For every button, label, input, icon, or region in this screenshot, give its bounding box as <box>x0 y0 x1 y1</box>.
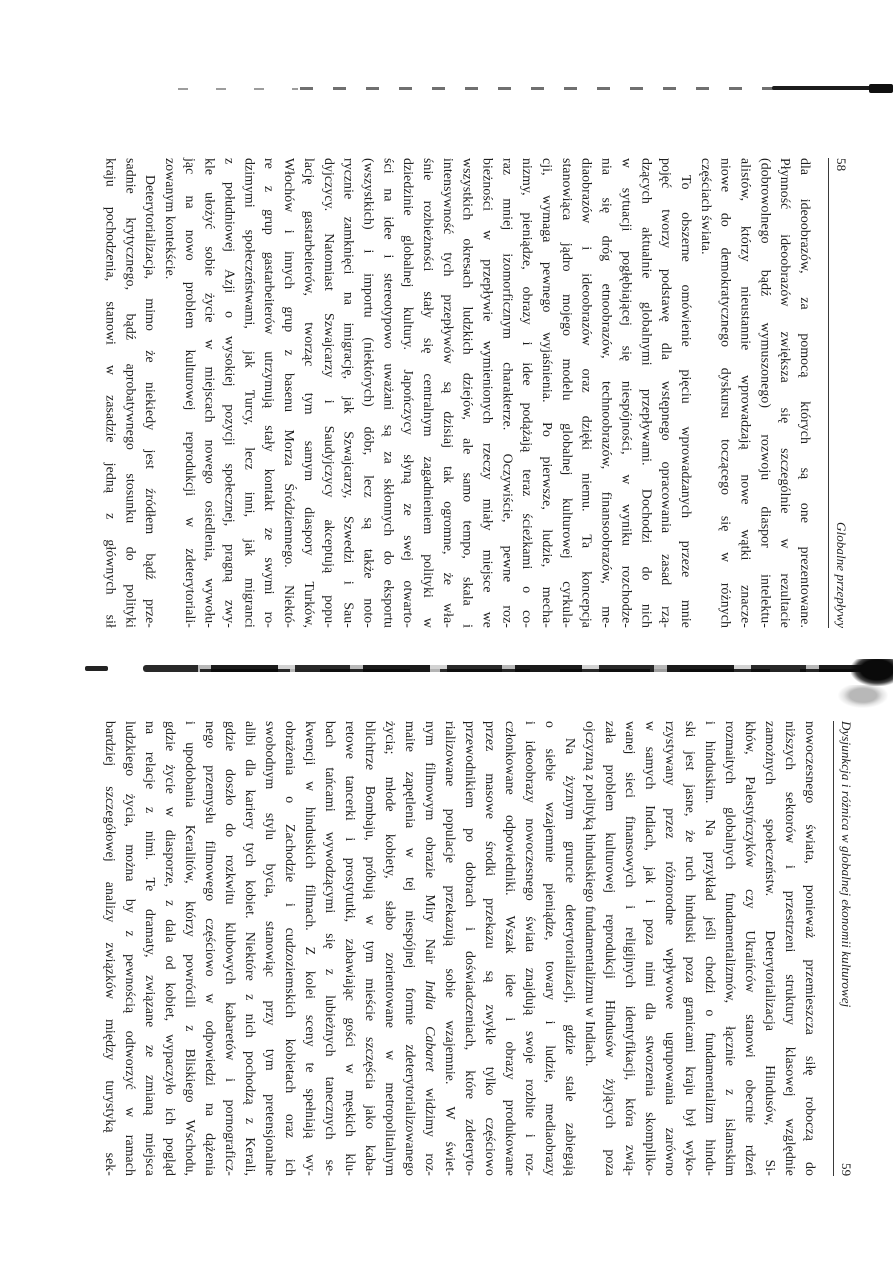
page-number-59: 59 <box>839 1163 853 1176</box>
text-line: rycznie zamknięci na imigrację, jak Szwa… <box>339 158 359 628</box>
text-line: i hinduskim. Na przykład jeśli chodzi o … <box>700 721 720 1176</box>
text-line: pojęć tworzy podstawę dla wstępnego opra… <box>656 158 676 628</box>
text-line: lację gastarbeiterów, tworząc tym samym … <box>299 158 319 628</box>
page-59-sheet: Dysjunkcja i różnica w globalnej ekonomi… <box>97 721 853 1176</box>
text-line: niższych sektorów i przestrzeni struktur… <box>780 721 800 1176</box>
text-line: wszystkich okresach ludzkich dziejów, al… <box>458 158 478 628</box>
text-line: i upodobania Keralitów, którzy powrócili… <box>180 721 200 1176</box>
text-line: ści na idee i stereotypowo uważani są za… <box>378 158 398 628</box>
text-line: cji, wymaga pewnego wyjaśnienia. Po pier… <box>537 158 557 628</box>
text-line: zała problem kulturowej reprodukcji Hind… <box>600 721 620 1176</box>
text-line: bardziej szczegółowej analizy związków m… <box>100 721 120 1176</box>
text-line: dzących aktualnie globalnymi przepływami… <box>636 158 656 628</box>
text-line: zowanym kontekście. <box>160 158 180 628</box>
text-line: stanowiąca jądro mojego modelu globalnej… <box>557 158 577 628</box>
text-line: częściach świata. <box>696 158 716 628</box>
text-line: śnie rozbieżności stały się centralnym z… <box>418 158 438 628</box>
text-line: (dobrowolnego bądź wymuszonego) rozwoju … <box>755 158 775 628</box>
text-line: ludzkiego życia, można by z pewnością od… <box>120 721 140 1176</box>
text-line: Deterytorializacja, mimo że niekiedy jes… <box>140 158 160 628</box>
text-line: maite zapętlenia w tej niespójnej formie… <box>400 721 420 1176</box>
running-head-title-59: Dysjunkcja i różnica w globalnej ekonomi… <box>839 721 853 1007</box>
text-line: życia; młode kobiety, słabo zorientowane… <box>380 721 400 1176</box>
text-line: raz mniej izomorficznym charakterze. Ocz… <box>498 158 518 628</box>
text-line: intensywność tych przepływów są dzisiaj … <box>438 158 458 628</box>
text-line: retowe tancerki i prostytutki, zabawiają… <box>340 721 360 1176</box>
page-number-58: 58 <box>834 158 848 171</box>
text-line: obrażenia o Zachodzie i cudzoziemskich k… <box>280 721 300 1176</box>
text-line: w sytuacji pogłębiającej się niespójnośc… <box>617 158 637 628</box>
text-line: w samych Indiach, jak i poza nimi dla st… <box>640 721 660 1176</box>
text-line: dzimymi społeczeństwami, jak Turcy, lecz… <box>240 158 260 628</box>
text-line: jąc na nowo problem kulturowej reprodukc… <box>180 158 200 628</box>
text-line: nia się dróg etnoobrazów, technoobrazów,… <box>597 158 617 628</box>
text-line: diaobrazów i ideoobrazów oraz dzięki nie… <box>577 158 597 628</box>
text-line: khów, Palestyńczyków czy Ukraińców stano… <box>740 721 760 1176</box>
text-line: przewodnikiem po dobrach i doświadczenia… <box>460 721 480 1176</box>
book-gutter-shadow <box>143 665 893 672</box>
page-body-59: nowoczesnego świata, ponieważ przemieszc… <box>100 721 820 1176</box>
scan-crease-solid <box>772 86 893 90</box>
text-line: swobodnym stylu bycia, stanowiąc przy ty… <box>260 721 280 1176</box>
text-line: zamożnych społeczeństw. Deterytorializac… <box>760 721 780 1176</box>
text-line: gdzie doszło do rozkwitu klubowych kabar… <box>220 721 240 1176</box>
text-line: alibi dla kariery tych kobiet. Niektóre … <box>240 721 260 1176</box>
text-line: nym filmowym obrazie Miry Nair India Cab… <box>420 721 440 1176</box>
text-line: gdzie życie w diasporze, z dala od kobie… <box>160 721 180 1176</box>
text-line: bach tańcami wywodzącymi się z lubieżnyc… <box>320 721 340 1176</box>
book-gutter-dash <box>85 666 108 671</box>
text-line: o siebie wzajemnie pieniądze, towary i l… <box>540 721 560 1176</box>
text-line: alistów, którzy nieustannie wprowadzają … <box>736 158 756 628</box>
page-58-sheet: 58 Globalne przepływy dla ideoobrazów, z… <box>97 158 848 628</box>
text-line: i ideoobrazy nowoczesnego świata znajduj… <box>520 721 540 1176</box>
text-line: ojczyzną z polityką hinduskiego fundamen… <box>580 721 600 1176</box>
text-line: członkowane odpowiedniki. Wszak idee i o… <box>500 721 520 1176</box>
text-line: kle ułożyć sobie życie w miejscach noweg… <box>200 158 220 628</box>
ink-smudge <box>838 685 888 708</box>
text-line: rozmaitych globalnych fundamentalizmów, … <box>720 721 740 1176</box>
gutter-ink-blob <box>851 659 893 686</box>
text-line: (wszystkich) i importu (niektórych) dóbr… <box>359 158 379 628</box>
text-line: nego przemysłu filmowego częściowo w odp… <box>200 721 220 1176</box>
text-line: rzystywany przez różnorodne wpływowe ugr… <box>660 721 680 1176</box>
text-line: bieżności w przepływie wymienionych rzec… <box>478 158 498 628</box>
text-line: na relacje z nimi. Te dramaty, związane … <box>140 721 160 1176</box>
text-line: dla ideoobrazów, za pomocą których są on… <box>795 158 815 628</box>
text-line: wanej sieci finansowych i religijnych id… <box>620 721 640 1176</box>
scan-crease-corner-blob <box>869 84 893 93</box>
text-line: Na żyznym gruncie deterytorializacji, gd… <box>560 721 580 1176</box>
text-line: sadnie krytycznego, bądź aprobatywnego s… <box>120 158 140 628</box>
text-line: Płynność ideoobrazów zwiększa się szczeg… <box>775 158 795 628</box>
text-line: dyjczycy. Natomiast Szwajcarzy i Saudyjc… <box>319 158 339 628</box>
text-line: Włochów i innych grup z basenu Morza Śró… <box>279 158 299 628</box>
text-line: re z grup gastarbeiterów utrzymują stały… <box>259 158 279 628</box>
running-head-59: Dysjunkcja i różnica w globalnej ekonomi… <box>833 721 853 1176</box>
text-line: blichtrze Bombaju, próbują w tym mieście… <box>360 721 380 1176</box>
running-head-title-58: Globalne przepływy <box>834 522 848 628</box>
text-line: przez masowe środki przekazu są zwykle t… <box>480 721 500 1176</box>
text-line: nizmy, pieniądze, obrazy i idee podążają… <box>517 158 537 628</box>
text-line: ski jest jasne, że ruch hinduski poza gr… <box>680 721 700 1176</box>
text-line: z południowej Azji o wysokiej pozycji sp… <box>220 158 240 628</box>
text-line: kwencji w hinduskich filmach. Z kolei sc… <box>300 721 320 1176</box>
text-line: dziedzinie globalnej kultury. Japończycy… <box>398 158 418 628</box>
text-line: To obszerne omówienie pięciu wprowadzany… <box>676 158 696 628</box>
scan-crease-dashes-left <box>178 88 298 90</box>
text-line: niowe do demokratycznego dyskursu tocząc… <box>716 158 736 628</box>
page-body-58: dla ideoobrazów, za pomocą których są on… <box>101 158 815 628</box>
text-line: rializowane populacje przekazują sobie w… <box>440 721 460 1176</box>
text-line: kraju pochodzenia, stanowi w zasadzie je… <box>101 158 121 628</box>
scan-crease-dashes <box>300 87 775 90</box>
running-head-58: 58 Globalne przepływy <box>828 158 848 628</box>
text-line: nowoczesnego świata, ponieważ przemieszc… <box>800 721 820 1176</box>
book-gutter-shadow-dark <box>200 669 893 672</box>
scanned-book-spread: 58 Globalne przepływy dla ideoobrazów, z… <box>0 0 893 1263</box>
